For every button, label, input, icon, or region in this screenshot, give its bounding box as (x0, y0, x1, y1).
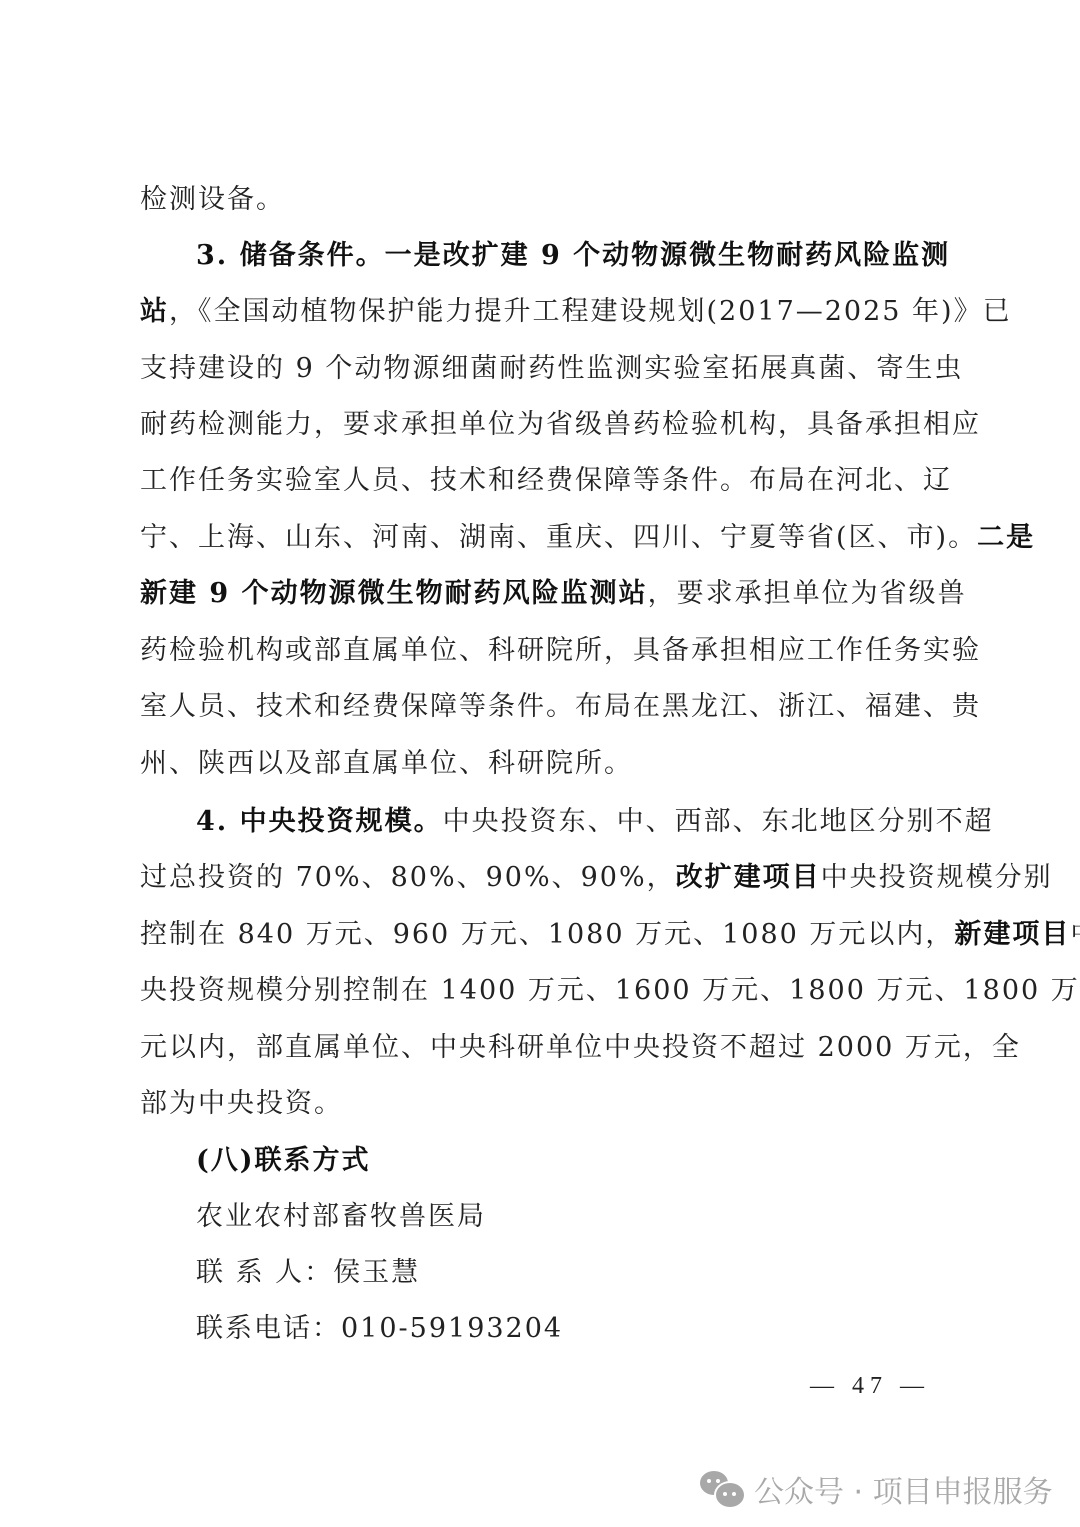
text-line: 农业农村部畜牧兽医局 (140, 1197, 940, 1237)
bold-text: 4. 中央投资规模。 (196, 806, 443, 837)
text-line: 3. 储备条件。一是改扩建 9 个动物源微生物耐药风险监测 (140, 236, 940, 276)
text-line: 工作任务实验室人员、技术和经费保障等条件。布局在河北、辽 (140, 461, 940, 501)
text-line: 新建 9 个动物源微生物耐药风险监测站，要求承担单位为省级兽 (140, 574, 940, 614)
text-line: 联系电话：010-59193204 (140, 1309, 940, 1349)
bold-text: 新建 9 个动物源微生物耐药风险监测站 (140, 578, 648, 609)
text-line: 州、陕西以及部直属单位、科研院所。 (140, 744, 940, 784)
body-text: 中央投资东、中、西部、东北地区分别不超 (443, 806, 994, 837)
text-line: (八)联系方式 (140, 1141, 940, 1181)
bold-text: 站 (140, 296, 169, 327)
text-line: 支持建设的 9 个动物源细菌耐药性监测实验室拓展真菌、寄生虫 (140, 349, 940, 389)
body-text: 工作任务实验室人员、技术和经费保障等条件。布局在河北、辽 (140, 465, 952, 496)
body-text: 中 (1070, 919, 1080, 950)
body-text: 中央投资规模分别 (821, 862, 1053, 893)
body-text: ，《全国动植物保护能力提升工程建设规划(2017—2025 年)》已 (169, 296, 1012, 327)
text-line: 联 系 人：侯玉慧 (140, 1253, 940, 1293)
wechat-icon (700, 1471, 744, 1507)
watermark: 公众号 · 项目申报服务 (700, 1467, 1053, 1511)
body-text: 宁、上海、山东、河南、湖南、重庆、四川、宁夏等省(区、市)。 (140, 522, 977, 553)
text-line: 站，《全国动植物保护能力提升工程建设规划(2017—2025 年)》已 (140, 292, 940, 332)
body-text: 控制在 840 万元、960 万元、1080 万元、1080 万元以内， (140, 919, 954, 950)
body-text: 药检验机构或部直属单位、科研院所，具备承担相应工作任务实验 (140, 635, 981, 666)
body-text: ，要求承担单位为省级兽 (648, 578, 967, 609)
body-text: 元以内，部直属单位、中央科研单位中央投资不超过 2000 万元，全 (140, 1032, 1021, 1063)
body-text: 部为中央投资。 (140, 1088, 343, 1119)
text-line: 部为中央投资。 (140, 1084, 940, 1124)
bold-text: (八)联系方式 (196, 1145, 371, 1176)
document-page: 检测设备。3. 储备条件。一是改扩建 9 个动物源微生物耐药风险监测站，《全国动… (0, 0, 1080, 1527)
bold-text: 新建项目 (954, 919, 1070, 950)
text-line: 过总投资的 70%、80%、90%、90%，改扩建项目中央投资规模分别 (140, 858, 940, 898)
body-text: 室人员、技术和经费保障等条件。布局在黑龙江、浙江、福建、贵 (140, 691, 981, 722)
body-text: 检测设备。 (140, 184, 285, 215)
text-line: 检测设备。 (140, 180, 940, 220)
page-number: — 47 — (810, 1373, 930, 1400)
bold-text: 3. 储备条件。一是改扩建 9 个动物源微生物耐药风险监测 (196, 240, 950, 271)
text-line: 药检验机构或部直属单位、科研院所，具备承担相应工作任务实验 (140, 631, 940, 671)
text-line: 室人员、技术和经费保障等条件。布局在黑龙江、浙江、福建、贵 (140, 687, 940, 727)
text-line: 宁、上海、山东、河南、湖南、重庆、四川、宁夏等省(区、市)。二是 (140, 518, 940, 558)
text-line: 元以内，部直属单位、中央科研单位中央投资不超过 2000 万元，全 (140, 1028, 940, 1068)
body-text: 支持建设的 9 个动物源细菌耐药性监测实验室拓展真菌、寄生虫 (140, 353, 963, 384)
body-text: 州、陕西以及部直属单位、科研院所。 (140, 748, 633, 779)
body-text: 联 系 人：侯玉慧 (196, 1257, 420, 1288)
bold-text: 改扩建项目 (676, 862, 821, 893)
body-text: 过总投资的 70%、80%、90%、90%， (140, 862, 676, 893)
body-text: 央投资规模分别控制在 1400 万元、1600 万元、1800 万元、1800 … (140, 975, 1080, 1006)
bold-text: 二是 (977, 522, 1035, 553)
text-line: 控制在 840 万元、960 万元、1080 万元、1080 万元以内，新建项目… (140, 915, 940, 955)
watermark-text: 公众号 · 项目申报服务 (754, 1467, 1053, 1511)
text-line: 央投资规模分别控制在 1400 万元、1600 万元、1800 万元、1800 … (140, 971, 940, 1011)
body-text: 农业农村部畜牧兽医局 (196, 1201, 486, 1232)
body-text: 联系电话：010-59193204 (196, 1313, 563, 1344)
text-line: 4. 中央投资规模。中央投资东、中、西部、东北地区分别不超 (140, 802, 940, 842)
text-line: 耐药检测能力，要求承担单位为省级兽药检验机构，具备承担相应 (140, 405, 940, 445)
body-text: 耐药检测能力，要求承担单位为省级兽药检验机构，具备承担相应 (140, 409, 981, 440)
